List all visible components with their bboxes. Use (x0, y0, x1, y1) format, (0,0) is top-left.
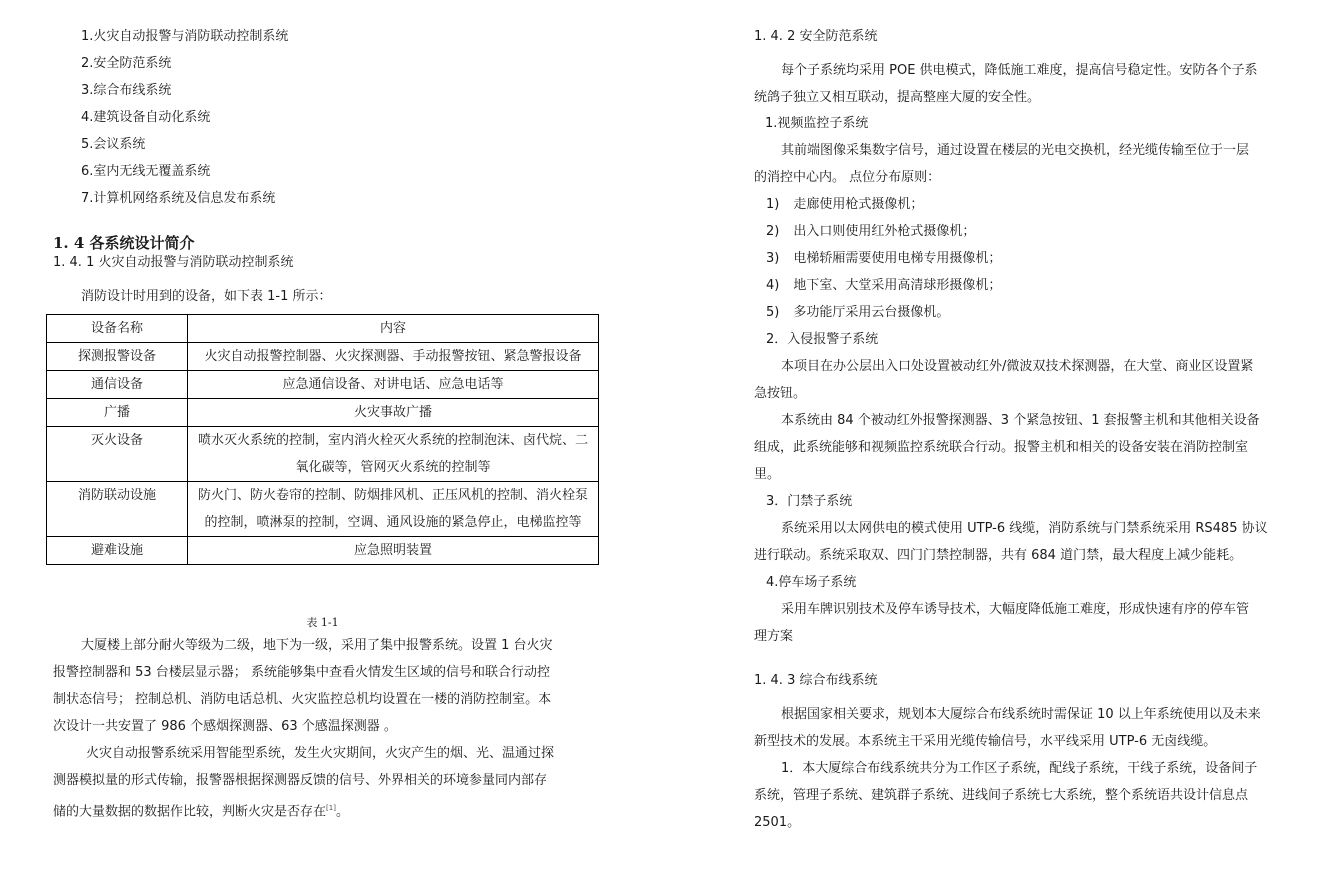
paragraph-line: 急按钮。 (754, 385, 806, 403)
paragraph-line: 根据国家相关要求，规划本大厦综合布线系统时需保证 10 以上年系统使用以及未来 (781, 706, 1261, 724)
system-list-item: 1.火灾自动报警与消防联动控制系统 (81, 28, 288, 46)
paragraph-line: 采用车牌识别技术及停车诱导技术，大幅度降低施工难度，形成快速有序的停车管 (781, 601, 1249, 619)
table-row: 避难设施 应急照明装置 (47, 537, 599, 565)
paragraph-line: 测器模拟量的形式传输，报警器根据探测器反馈的信号、外界相关的环境参量同内部存 (53, 772, 547, 790)
list-number: 2) (766, 224, 779, 239)
subsystem-heading: 1.视频监控子系统 (765, 115, 868, 133)
section-heading: 1. 4 各系统设计简介 (53, 234, 195, 252)
subsystem-heading: 3．门禁子系统 (766, 493, 852, 511)
system-list-item: 4.建筑设备自动化系统 (81, 109, 210, 127)
paragraph-line: 系统采用以太网供电的模式使用 UTP-6 线缆，消防系统与门禁系统采用 RS48… (781, 520, 1268, 538)
table-row: 探测报警设备 火灾自动报警控制器、火灾探测器、手动报警按钮、紧急警报设备 (47, 343, 599, 371)
paragraph-line: 理方案 (754, 628, 793, 646)
subsystem-heading: 4.停车场子系统 (766, 574, 856, 592)
system-list-item: 7.计算机网络系统及信息发布系统 (81, 190, 275, 208)
subsection-heading: 1. 4. 3 综合布线系统 (754, 672, 877, 690)
list-number: 1) (766, 197, 779, 212)
table-cell-name: 探测报警设备 (47, 343, 188, 371)
citation-ref[interactable]: [1] (326, 804, 336, 812)
table-caption: 表 1-1 (0, 614, 645, 630)
list-number: 5) (766, 305, 779, 320)
table-cell-content: 应急照明装置 (188, 537, 599, 565)
paragraph-line: 其前端图像采集数字信号，通过设置在楼层的光电交换机，经光缆传输至位于一层 (781, 142, 1249, 160)
table-header-row: 设备名称 内容 (47, 315, 599, 343)
table-cell-content: 喷水灭火系统的控制，室内消火栓灭火系统的控制泡沫、卤代烷、二氧化碳等，管网灭火系… (188, 427, 599, 482)
table-cell-content: 火灾自动报警控制器、火灾探测器、手动报警按钮、紧急警报设备 (188, 343, 599, 371)
paragraph-end: 。 (336, 804, 349, 819)
table-row: 广播 火灾事故广播 (47, 399, 599, 427)
subsystem-heading: 2．入侵报警子系统 (766, 331, 878, 349)
paragraph-line: 组成，此系统能够和视频监控系统联合行动。报警主机和相关的设备安装在消防控制室 (754, 439, 1248, 457)
table-cell-content: 应急通信设备、对讲电话、应急电话等 (188, 371, 599, 399)
paragraph-line: 每个子系统均采用 POE 供电模式，降低施工难度，提高信号稳定性。安防各个子系 (781, 62, 1258, 80)
camera-list-item: 4)地下室、大堂采用高清球形摄像机； (766, 277, 1001, 295)
paragraph-line: 里。 (754, 466, 780, 484)
paragraph-line: 次设计一共安置了 986 个感烟探测器、63 个感温探测器 。 (53, 718, 397, 736)
list-number: 4) (766, 278, 779, 293)
paragraph-line: 火灾自动报警系统采用智能型系统，发生火灾期间，火灾产生的烟、光、温通过探 (86, 745, 554, 763)
paragraph-line: 2501。 (754, 814, 800, 832)
table-cell-name: 广播 (47, 399, 188, 427)
paragraph-line: 制状态信号； 控制总机、消防电话总机、火灾监控总机均设置在一楼的消防控制室。本 (53, 691, 551, 709)
table-cell-name: 通信设备 (47, 371, 188, 399)
paragraph-line: 报警控制器和 53 台楼层显示器； 系统能够集中查看火情发生区域的信号和联合行动… (53, 664, 550, 682)
subsection-heading: 1. 4. 1 火灾自动报警与消防联动控制系统 (53, 254, 293, 272)
table-cell-content: 火灾事故广播 (188, 399, 599, 427)
table-cell-name: 避难设施 (47, 537, 188, 565)
list-text: 走廊使用枪式摄像机； (793, 197, 923, 212)
paragraph-line: 新型技术的发展。本系统主干采用光缆传输信号，水平线采用 UTP-6 无卤线缆。 (754, 733, 1216, 751)
system-list-item: 2.安全防范系统 (81, 55, 171, 73)
list-text: 多功能厅采用云台摄像机。 (793, 305, 949, 320)
list-text: 出入口则使用红外枪式摄像机； (793, 224, 975, 239)
camera-list-item: 1)走廊使用枪式摄像机； (766, 196, 923, 214)
paragraph-line: 统鸽子独立又相互联动，提高整座大厦的安全性。 (754, 89, 1040, 107)
list-text: 地下室、大堂采用高清球形摄像机； (793, 278, 1001, 293)
list-text: 电梯轿厢需要使用电梯专用摄像机； (793, 251, 1001, 266)
table-header: 设备名称 (47, 315, 188, 343)
camera-list-item: 5)多功能厅采用云台摄像机。 (766, 304, 949, 322)
table-header: 内容 (188, 315, 599, 343)
equipment-table: 设备名称 内容 探测报警设备 火灾自动报警控制器、火灾探测器、手动报警按钮、紧急… (46, 314, 599, 565)
camera-list-item: 3)电梯轿厢需要使用电梯专用摄像机； (766, 250, 1001, 268)
paragraph-line: 的消控中心内。 点位分布原则： (754, 169, 940, 187)
table-row: 通信设备 应急通信设备、对讲电话、应急电话等 (47, 371, 599, 399)
table-intro: 消防设计时用到的设备，如下表 1-1 所示： (81, 288, 332, 306)
paragraph-line: 进行联动。系统采取双、四门门禁控制器，共有 684 道门禁，最大程度上减少能耗。 (754, 547, 1242, 565)
table-row: 消防联动设施 防火门、防火卷帘的控制、防烟排风机、正压风机的控制、消火栓泵的控制… (47, 482, 599, 537)
paragraph-text: 储的大量数据的数据作比较，判断火灾是否存在 (53, 804, 326, 819)
paragraph-line: 本项目在办公层出入口处设置被动红外/微波双技术探测器，在大堂、商业区设置紧 (781, 358, 1253, 376)
table-cell-name: 消防联动设施 (47, 482, 188, 537)
paragraph-line: 1．本大厦综合布线系统共分为工作区子系统，配线子系统，干线子系统，设备间子 (781, 760, 1257, 778)
list-number: 3) (766, 251, 779, 266)
table-row: 灭火设备 喷水灭火系统的控制，室内消火栓灭火系统的控制泡沫、卤代烷、二氧化碳等，… (47, 427, 599, 482)
system-list-item: 6.室内无线无覆盖系统 (81, 163, 210, 181)
system-list-item: 5.会议系统 (81, 136, 145, 154)
paragraph-line: 系统，管理子系统、建筑群子系统、进线间子系统七大系统，整个系统语共设计信息点 (754, 787, 1248, 805)
system-list-item: 3.综合布线系统 (81, 82, 171, 100)
camera-list-item: 2)出入口则使用红外枪式摄像机； (766, 223, 975, 241)
paragraph-line: 储的大量数据的数据作比较，判断火灾是否存在[1]。 (53, 799, 349, 821)
paragraph-line: 本系统由 84 个被动红外报警探测器、3 个紧急按钮、1 套报警主机和其他相关设… (781, 412, 1260, 430)
table-cell-content: 防火门、防火卷帘的控制、防烟排风机、正压风机的控制、消火栓泵的控制，喷淋泵的控制… (188, 482, 599, 537)
paragraph-line: 大厦楼上部分耐火等级为二级，地下为一级，采用了集中报警系统。设置 1 台火灾 (81, 637, 553, 655)
subsection-heading: 1. 4. 2 安全防范系统 (754, 28, 877, 46)
table-cell-name: 灭火设备 (47, 427, 188, 482)
